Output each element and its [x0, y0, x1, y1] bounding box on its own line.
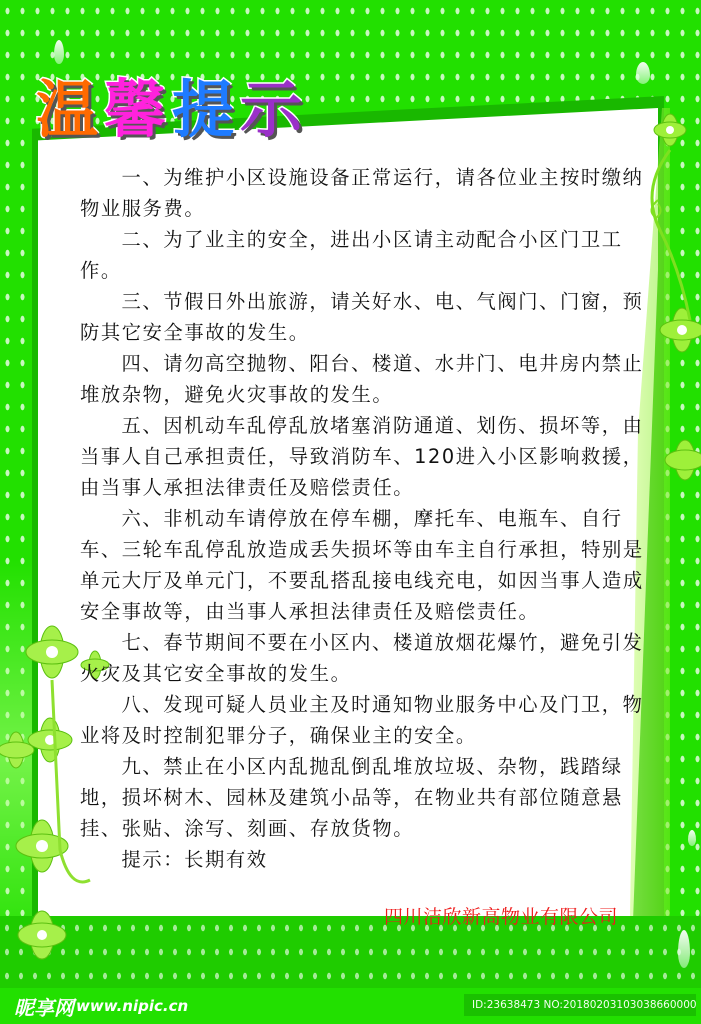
page-title: 温 馨 提 示	[36, 70, 302, 150]
title-char-4: 示	[240, 70, 302, 150]
water-drop-icon	[678, 930, 690, 968]
notice-item-7: 七、春节期间不要在小区内、楼道放烟花爆竹，避免引发火灾及其它安全事故的发生。	[80, 627, 662, 689]
notice-list: 一、为维护小区设施设备正常运行，请各位业主按时缴纳物业服务费。 二、为了业主的安…	[80, 162, 662, 875]
notice-item-4: 四、请勿高空抛物、阳台、楼道、水井门、电井房内禁止堆放杂物，避免火灾事故的发生。	[80, 348, 662, 410]
notice-item-2: 二、为了业主的安全，进出小区请主动配合小区门卫工作。	[80, 224, 662, 286]
notice-item-8: 八、发现可疑人员业主及时通知物业服务中心及门卫，物业将及时控制犯罪分子，确保业主…	[80, 689, 662, 751]
water-drop-icon	[688, 830, 696, 846]
notice-item-3: 三、节假日外出旅游，请关好水、电、气阀门、门窗，预防其它安全事故的发生。	[80, 286, 662, 348]
water-drop-icon	[636, 62, 650, 84]
watermark-url: www.nipic.cn	[76, 997, 188, 1015]
notice-item-1: 一、为维护小区设施设备正常运行，请各位业主按时缴纳物业服务费。	[80, 162, 662, 224]
notice-item-5: 五、因机动车乱停乱放堵塞消防通道、划伤、损坏等，由当事人自己承担责任，导致消防车…	[80, 410, 662, 503]
notice-item-6: 六、非机动车请停放在停车棚，摩托车、电瓶车、自行车、三轮车乱停乱放造成丢失损坏等…	[80, 503, 662, 627]
notice-item-9: 九、禁止在小区内乱抛乱倒乱堆放垃圾、杂物，践踏绿地，损坏树木、园林及建筑小品等，…	[80, 751, 662, 844]
water-drop-icon	[54, 40, 64, 64]
title-char-1: 温	[36, 70, 98, 150]
validity-note: 提示：长期有效	[80, 844, 662, 875]
title-char-3: 提	[172, 70, 234, 150]
title-char-2: 馨	[104, 70, 166, 150]
company-name: 四川洁欣新高物业有限公司	[384, 902, 618, 929]
watermark-logo: 昵享网	[14, 992, 74, 1021]
watermark-id: ID:23638473 NO:20180203103038660000	[464, 994, 696, 1016]
